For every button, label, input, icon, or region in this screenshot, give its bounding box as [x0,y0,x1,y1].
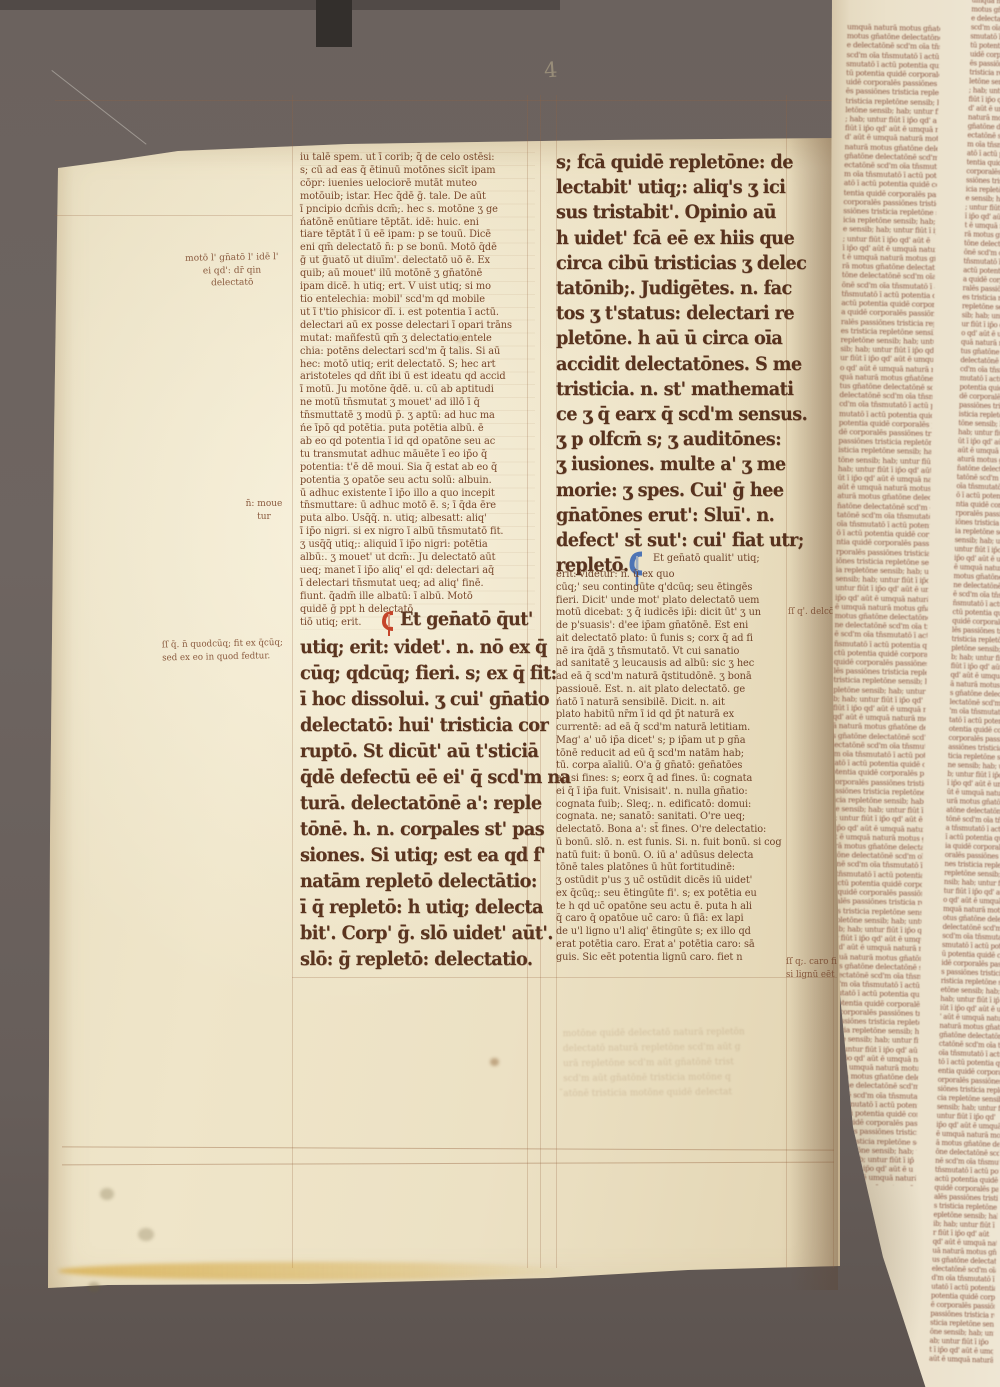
illegible-text-line: tentia quidē corporalē [966,158,1000,169]
text-line: ū bonū. slō. n. est funis. Si. n. fuit b… [556,837,797,850]
illegible-text-line: aturā motus gn̄atōne d [957,455,1000,466]
illegible-text-line: n̄smutatō ī actū poten [953,599,1000,610]
text-line: aristoteles qd dñt ibi ū est ideatu qd a… [300,371,530,384]
illegible-text-line: quidē corporalēs passi [952,617,1000,628]
text-line: ab eo qd potentia ī id qd opatōne seu ac [300,436,530,449]
illegible-text-line: tur fiūt ī ip̄o qd' aūt ē umqu [828,933,921,944]
illegible-text-line: repletōne sensib; hab; [962,302,1000,313]
illegible-text-line: tōne delectatōnē scd'm [964,239,1000,250]
text-line: puta albo. Usq̄q̄. n. utiq; albesatt: al… [300,513,530,526]
illegible-text-line: untur fiūt ī ip̄o qd' [936,1112,1000,1123]
illegible-text-line: tristicia repletōne s [951,635,1000,646]
illegible-text-line: electatōnē scd'm oīa t [932,1265,996,1276]
illegible-text-line: ur fiūt ī ip̄o qd' aūt [961,320,1000,331]
illegible-text-line: t ī ip̄o qd' aūt ē umq [929,1346,993,1357]
illegible-text-line: aūt ē umquā naturā mo [957,446,1000,457]
text-line: de p'suasis': d'ee ip̄am gn̄atōnē. Est e… [556,620,797,633]
illegible-text-line: cd'm oīa tn̄smutatō ī [960,365,1000,376]
illegible-text-line: tn̄smutatō ī actū pot [963,257,1000,268]
illegible-text-line: fiūt ī ip̄o qd' aūt ē umquā na [845,123,938,134]
illegible-text-line: ā naturā motus gn̄atōn [950,680,1000,691]
text-line: erit: videtur: n̄. ū ex quo [556,569,797,582]
text-line: tū. corpa aīaliū. O'a ḡ gn̄atō: gen̄atōe… [556,760,797,773]
illegible-text-line: ip̄o qd' aūt ē umquā naturā mo [835,593,928,604]
text-line: tur [232,511,296,524]
illegible-text-line: ̄smutatō ī actū potent [970,32,1000,43]
illegible-text-line: naturā motus gn̄atōne delecta [844,142,937,153]
text-line: tn̄smuttatē ʒ modū p̄. ʒ aptū: ad huc ma [300,410,530,423]
illegible-text-line: ē umquā naturā motus g [954,563,1000,574]
illegible-text-line: uidē corporalēs passiōnes tris [846,77,939,88]
illegible-text-line: tōne delectatōnē scd'm oīa tn̄ [842,271,935,282]
illegible-text-line: ēs passiōnes tristicia repletō [846,87,939,98]
illegible-text-line: ūt ē umquā naturā motu [947,788,1000,799]
text-line: cognata fuib;. Sleq;. n. edificatō: domu… [556,799,797,812]
stain-spot [138,1228,154,1241]
illegible-text-line: tn̄smutatō ī actū pote [935,1166,999,1177]
text-line: natām repletō delectātio: [300,868,519,894]
text-line: tiare tēptāt ī ū eē ipam: p se touū. Dic… [300,229,530,242]
text-line: aū si fines: s; eorx q̄ ad fines. ū: cog… [556,773,797,786]
illegible-text-line: ib; hab; untur fiūt ī [933,1220,997,1231]
illegible-text-line: tatō ī actū potentia q [949,716,1000,727]
illegible-text-line: ī ip̄o qd' aūt ē umqu [947,779,1000,790]
illegible-text-line: corporalēs passiōnes t [966,167,1000,178]
illegible-text-line: dē corporalēs passiōnes tristi [839,427,932,438]
illegible-text-line: epletōne sensib; hab; [933,1211,997,1222]
illegible-text-line: ectatōnē scd'm oīa tn̄smutatō [844,160,937,171]
illegible-text-line: ō ī actū potentia quid [956,491,1000,502]
text-line: q̄dē defectū eē ei' q̄ scd'm na [300,764,519,790]
illegible-text-line: qd' aūt ē umquā natur [932,1238,996,1249]
illegible-text-line: b; hab; untur fiūt ī ip̄o qd' [833,694,926,705]
illegible-text-line: utatō ī actū potentia [931,1283,995,1294]
illegible-text-line: ab; untur fiūt ī ip̄o [929,1337,993,1348]
illegible-text-line: d'm oīa tn̄smutatō ī a [931,1274,995,1285]
background-notch [316,0,352,47]
illegible-text-line: cd'm oīa tn̄smutatō ī actū pot [839,399,932,410]
illegible-text-line: untur fiūt ī ip̄o qd' [954,545,1000,556]
column2-commentary-block: erit: videtur: n̄. ū ex quocūq;' seu con… [556,569,802,964]
illegible-text-line: ne delectatōnē scd'm oīa tn̄sm [834,620,927,631]
background-top-shadow [0,0,560,10]
illegible-text-line: rporalēs passiōnes tristicia r [836,547,929,558]
illegible-text-line: ctatōnē scd'm oīa tn̄s [939,1040,1000,1051]
text-line: albū:. ʒ mouet' ut dcm̄:. Ju delectatō a… [300,552,530,565]
folio-mark: 4 [543,58,558,83]
stain-spot [88,1282,100,1292]
illegible-text-line: naturā motus gn̄atōne [939,1022,1000,1033]
illegible-text-line: umquā naturā motus gn̄ [972,0,1000,7]
illegible-text-line: ā motus gn̄atōne delec [936,1139,1000,1150]
illegible-text-line: ' aūt ē umquā naturā m [940,1013,1000,1024]
illegible-text-line: uidē corporalēs passiō [970,50,1000,61]
illegible-text-line: ūt ī ip̄o qd' aūt ē um [958,437,1000,448]
illegible-text-line: s passiōnes tristicia [941,968,1000,979]
text-line: tio entelechia: mobil' scd'm qd mobile [300,294,530,307]
ruling-line [55,100,835,101]
text-line: pletōne. h aū ū circa oīa [556,326,784,351]
illegible-text-line: o qd' aūt ē umquā naturā motus [840,363,933,374]
illegible-text-line: tōne sensib; hab; untur fiūt ī [838,455,931,466]
column1-incipit-large: Et gen̄atō q̄ut' [400,606,533,632]
text-line: tatōnib;. Judigētes. n. fac [556,276,784,301]
illegible-text-line: ia quidē corporalēs pa [945,842,1000,853]
illegible-text-line: ī actū potentia quidē [945,833,1000,844]
illegible-text-line: ip̄o qd' aūt ē umquā n [954,554,1000,565]
text-line: ad eā q̄ scd'm naturā q̄stitudōnē. ʒ bon… [556,671,797,684]
illegible-text-line: cia repletōne sensib; [937,1094,1000,1105]
illegible-text-line: scd'm oīa tn̄smutatō [971,23,1000,34]
text-line: sus tristabit'. Opinio aū [556,200,784,225]
text-line: chia: potēns delectari scd'm q̄ talis. S… [300,346,530,359]
illegible-text-line: ; hab; untur fiūt ī ip̄o qd' a [845,114,938,125]
illegible-text-line: m oīa tn̄smutatō ī act [967,140,1000,151]
illegible-text-line: e delectatōnē scd'm oīa tn̄smu [847,41,940,52]
illegible-text-line: ōne sensib; hab; untur [930,1328,994,1339]
illegible-text-line: isticia repletōne sens [958,410,1000,421]
illegible-text-line: t ē umquā naturā motus gn̄atōn [842,252,935,263]
illegible-text-line: ē umquā naturā motus gn̄atōne [835,602,928,613]
text-line: turā. delectatōnē a': reple [300,790,519,816]
text-line: hec: motō utiq; erit delectatō. S; hec a… [300,359,530,372]
illegible-text-line: delectatōnē scd'm oīa tn̄smuta [839,390,932,401]
illegible-text-line: atōne delectatōnē scd' [946,806,1000,817]
illegible-text-line: motus gn̄atōne delecta [971,5,1000,16]
illegible-text-line: ēs passiōnes tristicia [970,59,1000,70]
illegible-text-line: tn̄smutatō ī actū potentia qu [841,289,934,300]
illegible-text-line: ā naturā motus gn̄atōne delect [832,721,925,732]
illegible-text-line: s tristicia repletōne [934,1202,998,1213]
illegible-text-line: ; untur fiūt ī ip̄o qd [965,203,1000,214]
illegible-text-line: ticia repletōne sensib [948,752,1000,763]
text-line: erat potētia caro. Erat a' potētia caro:… [556,939,797,952]
text-line: guis. Sic eēt potentia lignū caro. fiet … [556,952,797,965]
text-line: ueq; manet ī ip̄o aliq' el qd: delectari… [300,565,530,578]
text-line: ńatō ī naturā sensibilē. Dicit. n. ait [556,697,797,710]
text-line: ńe īpō qd potētia. puta potētia albū. ē [300,423,530,436]
illegible-text-line: ntia quidē corporalēs passiōne [836,537,929,548]
illegible-text-line: corporalēs passiōnes tristicia [843,197,936,208]
illegible-text-line: s passiōnes tristicia repletōn [826,1016,919,1027]
illegible-text-line: tentia quidē corporalēs passiō [844,188,937,199]
text-line: tn̄smuttare: ū adhuc motō ē. s; ī q̄da ē… [300,500,530,513]
illegible-text-line: lectatōnē scd'm oīa tn̄smutatō [832,740,925,751]
illegible-text-line: b; hab; untur fiūt ī i [951,653,1000,664]
illegible-text-line: ē scd'm oīa tn̄smutatō [953,590,1000,601]
illegible-text-line: tatōnē scd'm oīa tn̄sm [957,473,1000,484]
illegible-text-line: motus gn̄atōne delectatōnē scd [847,31,940,42]
illegible-text-line: umquā naturā motus gn̄atōne de [847,22,940,33]
illegible-text-line: potentia quidē corpora [931,1292,995,1303]
marginal-note: ſſ q̄. n̄ quodcūq; fit ex q̄cūq;sed ex e… [162,637,302,665]
illegible-text-line: o qd' aūt ē umquā natu [961,329,1000,340]
illegible-text-line: gn̄atōne delectatōnē [968,122,1000,133]
illegible-text-line: delectatōnē scd'm oīa tn̄smut [827,970,920,981]
illegible-text-line: iōnes tristicia replet [955,518,1000,529]
text-line: cognata. ne; sanatō: sanitati. O're ueq; [556,811,797,824]
illegible-text-line: nē scd'm oīa tn̄smutat [935,1157,999,1168]
illegible-text-line: ia repletōne sensib; hab; untu [836,565,929,576]
illegible-text-line: ssiōnes tristicia repletōne se [843,206,936,217]
text-line: ī hoc dissolui. ʒ cui' gn̄atio [300,686,519,712]
text-line: morie: ʒ spes. Cui' ḡ hee [556,478,784,503]
text-line: nē ira q̄dā ʒ tn̄smutatō. Vt cui sanatio [556,646,797,659]
illegible-text-line: tur fiūt ī ip̄o qd' aū [944,887,1000,898]
text-line: defect' st̄ sut': cui' fiat utr; [556,528,784,553]
text-line: potentia ʒ opatōe seu actu solū: albuin. [300,475,530,488]
illegible-text-line: corporalēs passiōnes [948,734,1000,745]
illegible-text-line: ur fiūt ī ip̄o qd' aūt ē umquā [840,353,933,364]
illegible-text-line: otentia quidē corporal [949,725,1000,736]
illegible-text-line: m oīa tn̄smutatō ī actū potent [844,169,937,180]
illegible-text-line: letōne sensib; hab; untur fiūt [845,105,938,116]
text-line: tos ʒ t'status: delectari re [556,301,784,326]
text-line: ī delectari tn̄smutat ueq; ad aliq' finē… [300,578,530,591]
illegible-text-line: oralēs passiōnes tristicia rep [829,896,922,907]
text-line: lectabit' utiq;: aliq's ʒ ici [556,175,784,200]
illegible-text-line: assiōnes tristicia rep [948,743,1000,754]
illegible-text-line: ū potentia quidē corpo [942,950,1000,961]
illegible-text-line: idē corporalēs passiōnes trist [826,1007,919,1018]
column2-large-text-block: s; fcā quidē repletōne: delectabit' utiq… [556,150,801,578]
illegible-text-line: otus gn̄atōne delectatōnē scd' [827,961,920,972]
illegible-text-line: ticia repletōne sensib; hab; u [831,795,924,806]
illegible-text-line: repletōne sensib; hab; untur f [840,335,933,346]
text-line: delectatō. Bona a': st̄ fines. O're dele… [556,824,797,837]
illegible-text-line: ̄o qd' aūt ē umquā naturā motu [828,942,921,953]
illegible-text-line: ctū potentia quidē cor [952,608,1000,619]
text-line: q̄ caro q̄ opatōue uc̄ caro: ū fiā: ex l… [556,913,797,926]
illegible-text-line: a tn̄smutatō ī actū potentia q [829,869,922,880]
illegible-text-line: aūt ē umquā naturā motus gn̄a [837,482,930,493]
illegible-text-line: siōnes tristicia reple [937,1085,1000,1096]
illegible-text-line: s gn̄atōne delectatōnē scd'm o [832,731,925,742]
facing-page-text-column: umquā naturā motus gn̄atōne demotus gn̄a… [823,22,940,1186]
text-line: n̄: moue [232,498,296,511]
illegible-text-line: scd'm oīa tn̄smutatō ī [942,932,1000,943]
illegible-text-line: ip̄o qd' aūt ē umquā [936,1121,1000,1132]
illegible-text-line: mquā naturā motus gn̄a [943,905,1000,916]
illegible-text-line: tristicia repletōne sensib; h [833,675,926,686]
text-line: gn̄atōnes erut': Sluī'. n. [556,503,784,528]
text-line: ut ī t'tio phisicor dī. i. est potentia … [300,307,530,320]
illegible-text-line: quidē corporalēs pass [934,1184,998,1195]
illegible-text-line: ne delectatōnē scd'm o [953,581,1000,592]
illegible-text-line: fiūt ī ip̄o qd' aūt ē [968,95,1000,106]
illegible-text-line: assiōnes tristicia repletōne s [831,786,924,797]
text-line: ce ʒ q̄ earx q̄ scd'm sensus. [556,402,784,427]
illegible-text-line: d' aūt ē umquā naturā motus gn [845,133,938,144]
text-line: ū adhuc existente ī ip̄o illo a quo ince… [300,488,530,501]
text-line: ne motū tn̄smutat ʒ mouet' ad illō ī q̄ [300,397,530,410]
illegible-text-line: ne sensib; hab; untur fiūt ī i [831,804,924,815]
illegible-text-line: lēs passiōnes tristici [952,626,1000,637]
illegible-text-line: idē corporalēs passiōn [941,959,1000,970]
illegible-text-line: naturā motus gn̄atōne [968,113,1000,124]
illegible-text-line: motus gn̄atōne delectatōnē sc [835,611,928,622]
illegible-text-line: ectatōnē scd'm oīa tn̄ [967,131,1000,142]
illegible-text-line: risticia repletōne sen [941,977,1000,988]
illegible-text-line: fiūt ī ip̄o qd' aūt ē [951,662,1000,673]
text-line: motū dicebat: ʒ q̄ iudicēs ip̄i: dicit ū… [556,607,797,620]
illegible-text-line: aūt ē umquā naturā mot [929,1355,993,1366]
illegible-text-line: nsib; hab; untur fiūt ī ip̄o q [828,924,921,935]
illegible-text-line: passiōnes tristicia r [959,401,1000,412]
text-line: tu transmutat adhuc māuēte ī eo ip̄o q̄ [300,449,530,462]
illegible-text-line: delectatōnē scd'm oīa [942,923,1000,934]
illegible-text-line: ī actū potentia quidē corporal [829,878,922,889]
illegible-text-line: tō ī actū potentia qui [938,1058,1000,1069]
illegible-text-line: tōnē scd'm oīa tn̄smutatō ī ac [829,859,922,870]
illegible-text-line: entia quidē corporalēs [938,1067,1000,1078]
illegible-text-line: scd'm oīa tn̄smutatō ī actū p [846,50,939,61]
text-line: accidit delectatōnes. S me [556,352,784,377]
illegible-text-line: fiūt ī ip̄o qd' aūt ē umquā n [833,703,926,714]
text-line: tristicia. n. st' mathemati [556,377,784,402]
text-line: ʒ usq̄q̄ utiq;: aliquid ī ip̄o nigri: po… [300,539,530,552]
illegible-text-line: ū potentia quidē corporalēs pa [827,997,920,1008]
illegible-text-line: qd' aūt ē umquā naturā motus g [833,712,926,723]
illegible-text-line: tristicia repletōne sensib; ha [845,96,938,107]
text-line: motō l' gn̄atō l' idē l' [168,251,296,266]
illegible-text-line: ō ī actū potentia quidē corpor [836,528,929,539]
text-line: plato habitū nr̄m ī id qd p̄t naturā ex [556,709,797,722]
facing-page-text-column: umquā naturā motus gn̄motus gn̄atōne del… [928,0,1000,1384]
illegible-text-line: ōnē scd'm oīa tn̄smutatō ī act [842,280,935,291]
illegible-text-line: us gn̄atōne delectatōn [932,1256,996,1267]
illegible-text-line: otus gn̄atōne delectat [943,914,1000,925]
illegible-text-line: quidē corporalēs passiōnes tri [834,657,927,668]
text-line: ʒ p olfcm̄ s; ʒ auditōnes: [556,427,784,452]
text-line: eni qm̄ delectatō n̄: p se bonū. Motō q̄… [300,242,530,255]
illegible-text-line: urā motus gn̄atōne del [946,797,1000,808]
text-line: motōuib; istar. Hec q̄dē ḡ. tale. De aūt [300,191,530,204]
text-line: cūq; qdcūq; fieri. s; ex q̄ fit: [300,660,519,686]
column2-commentary-first-line: Et gen̄atō qualit' utiq; [653,553,760,566]
text-line: bit'. Corp' ḡ. slō uidet' aūt'. [300,920,519,946]
illegible-text-line: tū potentia quidē corp [970,41,1000,52]
illegible-text-line: tōne sensib; hab; untu [958,419,1000,430]
illegible-text-line: mquā naturā motus gn̄atōne del [828,951,921,962]
illegible-text-line: t ē umquā naturā motus [964,221,1000,232]
ruling-line [55,215,292,216]
illegible-text-line: rporalēs passiōnes tri [955,509,1000,520]
illegible-text-line: etōne sensib; hab; unt [940,986,1000,997]
text-line: h uidet' fcā eē ex hiis que [556,226,784,251]
stain-spot [100,1188,114,1200]
text-line: ei q̄ ī ip̄a fuit. Vnisisait'. n. nulla … [556,786,797,799]
illegible-text-line: r fiūt ī ip̄o qd' aūt [933,1229,997,1240]
showthrough-text: motōne quidē delectatō naturā repletōnde… [563,1025,779,1102]
illegible-text-line: icia repletōne sensib; hab; un [843,215,936,226]
illegible-text-line: b; untur fiūt ī ip̄o qd' aūt ē [830,813,923,824]
illegible-text-line: b; untur fiūt ī ip̄o q [947,770,1000,781]
illegible-text-line: lectatōnē scd'm oīa tn [949,698,1000,709]
illegible-text-line: tū potentia quidē corporalēs p [846,68,939,79]
illegible-text-line: motus gn̄atōne delect [953,572,1000,583]
illegible-text-line: ī ip̄o qd' aūt ē umquā naturā [830,823,923,834]
illegible-text-line: oīa tn̄smutatō ī actū potentia [837,519,930,530]
illegible-text-line: tus gn̄atōne delectatōnē scd'm [839,381,932,392]
edge-stain [58,1262,578,1280]
text-line: ipam dicē. h utiq; ert. V uist utiq; si … [300,281,530,294]
illegible-text-line: ia quidē corporalēs passiōnes [829,887,922,898]
illegible-text-line: ī ip̄o qd' aūt ē umquā [965,212,1000,223]
illegible-text-line: nes tristicia repletōn [944,860,1000,871]
illegible-text-line: quā naturā motus gn̄atōne dele [840,372,933,383]
illegible-text-line: alēs passiōnes tristic [934,1193,998,1204]
text-line: ī q̄ repletō: h utiq; delecta [300,894,519,920]
parchment-scratch [51,70,146,145]
illegible-text-line: smutatō ī actū potenti [942,941,1000,952]
text-line: ī ip̄o nigri. si ex nigro ī albū tn̄smut… [300,526,530,539]
text-line: ad sanitatē ʒ leucausis ad albū: sic ʒ h… [556,658,797,671]
illegible-text-line: atōne delectatōnē scd'm oīa tn [830,850,923,861]
illegible-text-line: sib; hab; untur fiūt ī [962,311,1000,322]
illegible-text-line: sib; hab; untur fiūt ī ip̄o qd [840,344,933,355]
illegible-text-line: otentia quidē corporalēs passi [831,767,924,778]
text-line: ʒ iusiones. multe a' ʒ me [556,452,784,477]
illegible-text-line: potentia quidē corpor [959,383,1000,394]
illegible-text-line: a quidē corporalēs pas [963,275,1000,286]
illegible-text-line: ē scd'm oīa tn̄smutatō ī actū [834,629,927,640]
illegible-text-line: ralēs passiōnes tristi [962,284,1000,295]
illegible-text-line: oīa tn̄smutatō ī actū [956,482,1000,493]
illegible-text-line: repletōne sensib; hab [944,869,1000,880]
illegible-text-line: iūt ī ip̄o qd' aūt ē u [940,1004,1000,1015]
illegible-text-line: icia repletōne sensib; [966,185,1000,196]
text-line: circa cibū tristicias ʒ delec [556,251,784,276]
illegible-text-line: orporalēs passiōnes tr [938,1076,1000,1087]
illegible-text-line: repletōne sensib; hab; untur [828,915,921,926]
illegible-text-line: pletōne sensib; hab; untur fiū [833,685,926,696]
illegible-text-line: 'm oīa tn̄smutatō ī ac [949,707,1000,718]
marginal-note: motō l' gn̄atō l' idē l'ei qd': dr̄ qind… [168,251,297,291]
gutter-shadow [790,138,838,1290]
illegible-text-line: hab; untur fiūt ī ip̄ [940,995,1000,1006]
illegible-text-line: ssiōnes tristicia repl [966,176,1000,187]
text-line: siones. Si utiq; est ea qd f' [300,842,519,868]
illegible-text-line: d' aūt ē umquā naturā [968,104,1000,115]
illegible-text-line: urā motus gn̄atōne delectatōnē [830,841,923,852]
illegible-text-line: gn̄atōne delectatōnē s [939,1031,1000,1042]
illegible-text-line: ia repletōne sensib; h [955,527,1000,538]
illegible-text-line: qd' aūt ē umquā naturā [950,671,1000,682]
text-line: ex q̄cūq;: seu ētingūte fi'. s; ex potēt… [556,888,797,901]
illegible-text-line: oīa tn̄smutatō ī actū [938,1049,1000,1060]
illegible-text-line: ̄atōnē tristicia motōne quidē delectat [563,1085,778,1102]
text-line: fiunt. q̄adm̄ ille albatū: ī albū. Motō [300,591,530,604]
illegible-text-line: es tristicia repletōne sensib; [841,326,934,337]
text-line: ḡ ut ḡuatō ut diuīm'. delectatō uō ē. Ex [300,255,530,268]
illegible-text-line: sensib; hab; untur fi [937,1103,1000,1114]
text-line: tōnē. h. n. corpales st' pas [300,816,519,842]
text-line: ʒ ostūdit p'us ʒ uc̄ ostūdit dicēs iū ui… [556,875,797,888]
facing-page-edge: umquā naturā motus gn̄atōne demotus gn̄a… [828,0,1000,1387]
text-line: slō: ḡ repletō: delectatio. [300,946,519,972]
manuscript-photo: 4 iu talē spem. ut ī corib; q̄ de celo o… [0,0,1000,1387]
illegible-text-line: ̄o qd' aūt ē umquā nat [943,896,1000,907]
text-line: te h qd uc̄ opatōne seu actu ē. puta h a… [556,901,797,914]
illegible-text-line: ntia quidē corporalēs [956,500,1000,511]
illegible-text-line: actū potentia quidē corporalē [841,298,934,309]
illegible-text-line: pletōne sensib; hab; u [951,644,1000,655]
illegible-text-line: hab; untur fiūt ī ip̄o [958,428,1000,439]
illegible-text-line: isticia repletōne sensib; hab; [838,445,931,456]
text-line: delectari aū ex posse delectari ī opari … [300,320,530,333]
illegible-text-line: n̄atōne delectatōnē sc [957,464,1000,475]
